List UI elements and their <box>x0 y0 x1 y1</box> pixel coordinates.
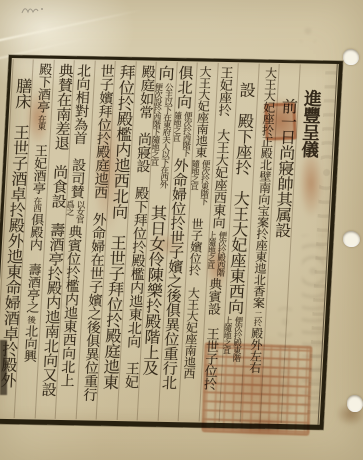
seal-stain <box>258 96 302 146</box>
seal-stain <box>26 90 50 145</box>
note-line: 以女官 <box>75 200 86 223</box>
interlinear-note: 便次扵東階下隨地之宜 <box>188 159 210 204</box>
manuscript-page: 進豐呈儀 前一日尚寢帥其属設大王大妃座扵正殿北壁南向宝案扵座東迆北香案二扵殿外左… <box>0 0 363 460</box>
pencil-mark <box>20 3 46 17</box>
seal-stain <box>299 148 323 218</box>
column-text: 俱北向 <box>175 65 193 109</box>
binding-hole <box>343 49 359 65</box>
seal-stain <box>205 242 229 290</box>
interlinear-note: 便次扵西階下隨地之宜 <box>170 111 192 156</box>
note-line: 便次扵西階下 <box>181 111 193 156</box>
note-line: 爲之 <box>64 200 75 223</box>
note-line: 便次扵東階下 <box>199 160 211 205</box>
binding-hole <box>343 231 360 247</box>
ink-smudge <box>0 340 7 395</box>
seal-stain <box>92 100 124 235</box>
interlinear-note: 二扵 <box>252 310 262 325</box>
column-text: 北向興 <box>22 324 39 362</box>
note-line: 後 <box>26 315 36 323</box>
interlinear-note: 後 <box>26 315 36 323</box>
ink-smear <box>232 416 294 436</box>
column-text: 向 <box>156 65 174 81</box>
note-line: 二扵 <box>252 310 262 325</box>
interlinear-note: 以女官爲之 <box>64 200 85 223</box>
seal-stain <box>146 232 186 258</box>
note-line: 在西 <box>32 196 42 211</box>
bleed-through <box>60 250 74 340</box>
interlinear-note: 在西 <box>32 196 42 211</box>
column-text: 大王大妃座南迆東 <box>194 65 213 157</box>
bleed-through <box>300 28 316 42</box>
binding-hole <box>347 395 363 412</box>
